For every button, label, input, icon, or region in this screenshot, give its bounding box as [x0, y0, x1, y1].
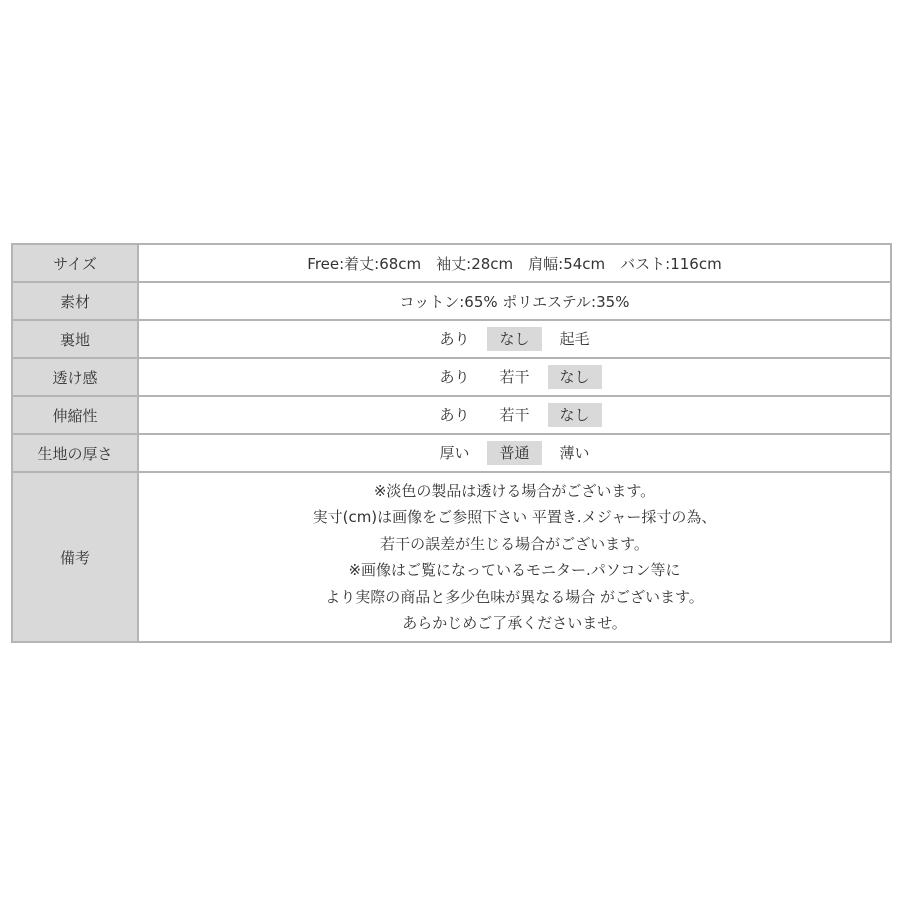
note-line: 若干の誤差が生じる場合がございます。 [139, 531, 890, 558]
spec-row-size: サイズ Free:着丈:68cm 袖丈:28cm 肩幅:54cm バスト:116… [12, 244, 891, 282]
note-line: ※淡色の製品は透ける場合がございます。 [139, 478, 890, 505]
sheerness-options: あり 若干 なし [424, 365, 604, 389]
spec-row-lining: 裏地 あり なし 起毛 [12, 320, 891, 358]
row-label: サイズ [12, 244, 138, 282]
spec-row-stretch: 伸縮性 あり 若干 なし [12, 396, 891, 434]
row-label: 伸縮性 [12, 396, 138, 434]
note-line: あらかじめご了承くださいませ。 [139, 610, 890, 637]
option-ari: あり [427, 365, 481, 389]
size-value: Free:着丈:68cm 袖丈:28cm 肩幅:54cm バスト:116cm [138, 244, 891, 282]
option-nashi-selected: なし [548, 365, 602, 389]
stretch-options: あり 若干 なし [424, 403, 604, 427]
option-jakkan: 若干 [487, 365, 541, 389]
option-ari: あり [427, 403, 481, 427]
row-label: 生地の厚さ [12, 434, 138, 472]
option-jakkan: 若干 [487, 403, 541, 427]
option-futsuu-selected: 普通 [487, 441, 541, 465]
option-nashi-selected: なし [548, 403, 602, 427]
row-label: 素材 [12, 282, 138, 320]
thickness-options: 厚い 普通 薄い [424, 441, 604, 465]
row-label: 裏地 [12, 320, 138, 358]
product-spec-table: サイズ Free:着丈:68cm 袖丈:28cm 肩幅:54cm バスト:116… [11, 243, 892, 643]
spec-row-thickness: 生地の厚さ 厚い 普通 薄い [12, 434, 891, 472]
row-label: 備考 [12, 472, 138, 642]
material-value: コットン:65% ポリエステル:35% [138, 282, 891, 320]
note-line: 実寸(cm)は画像をご参照下さい 平置き.メジャー採寸の為、 [139, 504, 890, 531]
spec-row-sheerness: 透け感 あり 若干 なし [12, 358, 891, 396]
option-atsui: 厚い [427, 441, 481, 465]
spec-row-notes: 備考 ※淡色の製品は透ける場合がございます。 実寸(cm)は画像をご参照下さい … [12, 472, 891, 642]
option-nashi-selected: なし [487, 327, 541, 351]
row-label: 透け感 [12, 358, 138, 396]
option-kimou: 起毛 [548, 327, 602, 351]
notes-text: ※淡色の製品は透ける場合がございます。 実寸(cm)は画像をご参照下さい 平置き… [138, 472, 891, 642]
note-line: より実際の商品と多少色味が異なる場合 がございます。 [139, 584, 890, 611]
note-line: ※画像はご覧になっているモニター.パソコン等に [139, 557, 890, 584]
spec-row-material: 素材 コットン:65% ポリエステル:35% [12, 282, 891, 320]
option-ari: あり [427, 327, 481, 351]
lining-options: あり なし 起毛 [424, 327, 604, 351]
option-usui: 薄い [548, 441, 602, 465]
